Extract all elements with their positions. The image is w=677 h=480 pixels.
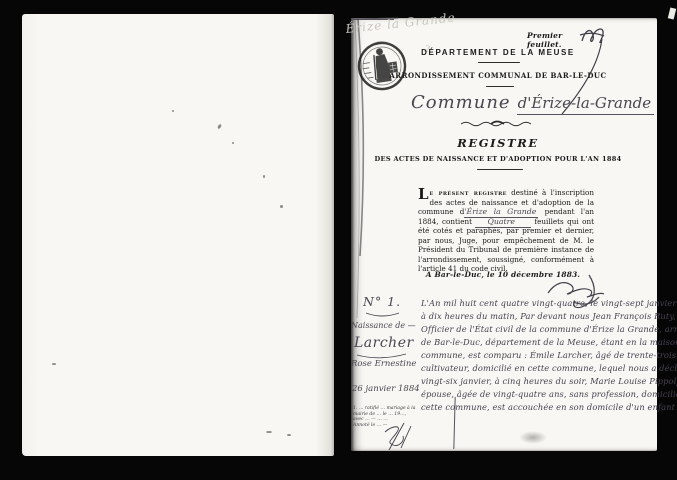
registre-title: REGISTRE (345, 136, 651, 150)
act-line: Officier de l'État civil de la commune d… (421, 324, 657, 337)
arrondissement-heading: ARRONDISSEMENT COMMUNAL DE BAR-LE-DUC (345, 71, 651, 80)
departement-heading: DÉPARTEMENT DE LA MEUSE (345, 48, 651, 57)
commune-word: Commune (411, 92, 511, 113)
act-line: cette commune, est accouchée en son domi… (421, 402, 657, 415)
divider-rule (477, 169, 523, 170)
act-line: de Bar-le-Duc, département de la Meuse, … (421, 337, 657, 350)
register-title-page: Érize la Grande 2 Premier feuillet. DÉPA… (351, 18, 657, 451)
preamble-smallcaps: e présent registre (430, 188, 507, 197)
act-surname: Larcher (354, 335, 414, 351)
page-speck (172, 110, 174, 112)
scanned-register-spread: { "page": { "premier_feuillet": "Premier… (0, 0, 677, 480)
act-line: à dix heures du matin, Par devant nous J… (421, 311, 657, 324)
act-type: Naissance de — (351, 321, 417, 330)
pencil-inscription: Érize la Grande (345, 10, 456, 35)
dateline: A Bar-le-Duc, le 10 décembre 1883. (413, 270, 593, 279)
page-speck (287, 434, 291, 436)
dropcap: L (418, 188, 429, 201)
birth-act-text: L'An mil huit cent quatre vingt-quatre, … (421, 298, 657, 415)
page-speck (266, 431, 272, 433)
page-speck (217, 124, 222, 130)
left-page-blank (22, 14, 334, 456)
preamble-paragraph: Le présent registre destiné à l'inscript… (418, 188, 594, 274)
ornament-rule (491, 122, 504, 125)
marginal-mention-line: Annoté le … — (353, 423, 454, 429)
page-fold-line (355, 19, 359, 318)
divider-rule (486, 86, 514, 87)
page-speck (263, 175, 265, 178)
commune-line: Communed'Érize-la-Grande (411, 92, 654, 113)
act-line: commune, est comparu : Émile Larcher, âg… (421, 350, 657, 363)
act-date: 26 janvier 1884 (352, 384, 420, 394)
ornament-rule (461, 122, 531, 126)
commune-name: d'Érize-la-Grande (517, 94, 655, 115)
page-speck (232, 142, 234, 144)
scan-artifact (668, 7, 676, 19)
act-line: cultivateur, domicilié en cette commune,… (421, 363, 657, 376)
act-number: N° 1. (363, 294, 401, 309)
act-line: vingt-six janvier, à cinq heures du soir… (421, 376, 657, 389)
act-line: épouse, âgée de vingt-quatre ans, sans p… (421, 389, 657, 402)
registre-subtitle: DES ACTES DE NAISSANCE ET D'ADOPTION POU… (345, 155, 651, 163)
underline-flourish (366, 313, 399, 316)
page-speck (280, 205, 283, 208)
divider-rule (478, 62, 520, 63)
underline-flourish (357, 354, 406, 358)
premier-feuillet-label: Premier feuillet. (527, 31, 591, 49)
page-speck (52, 363, 56, 365)
act-given-names: Rose Ernestine (351, 359, 416, 369)
act-line: L'An mil huit cent quatre vingt-quatre, … (421, 298, 657, 311)
revenue-stamp-icon (356, 39, 408, 92)
page-smudge (519, 431, 547, 444)
